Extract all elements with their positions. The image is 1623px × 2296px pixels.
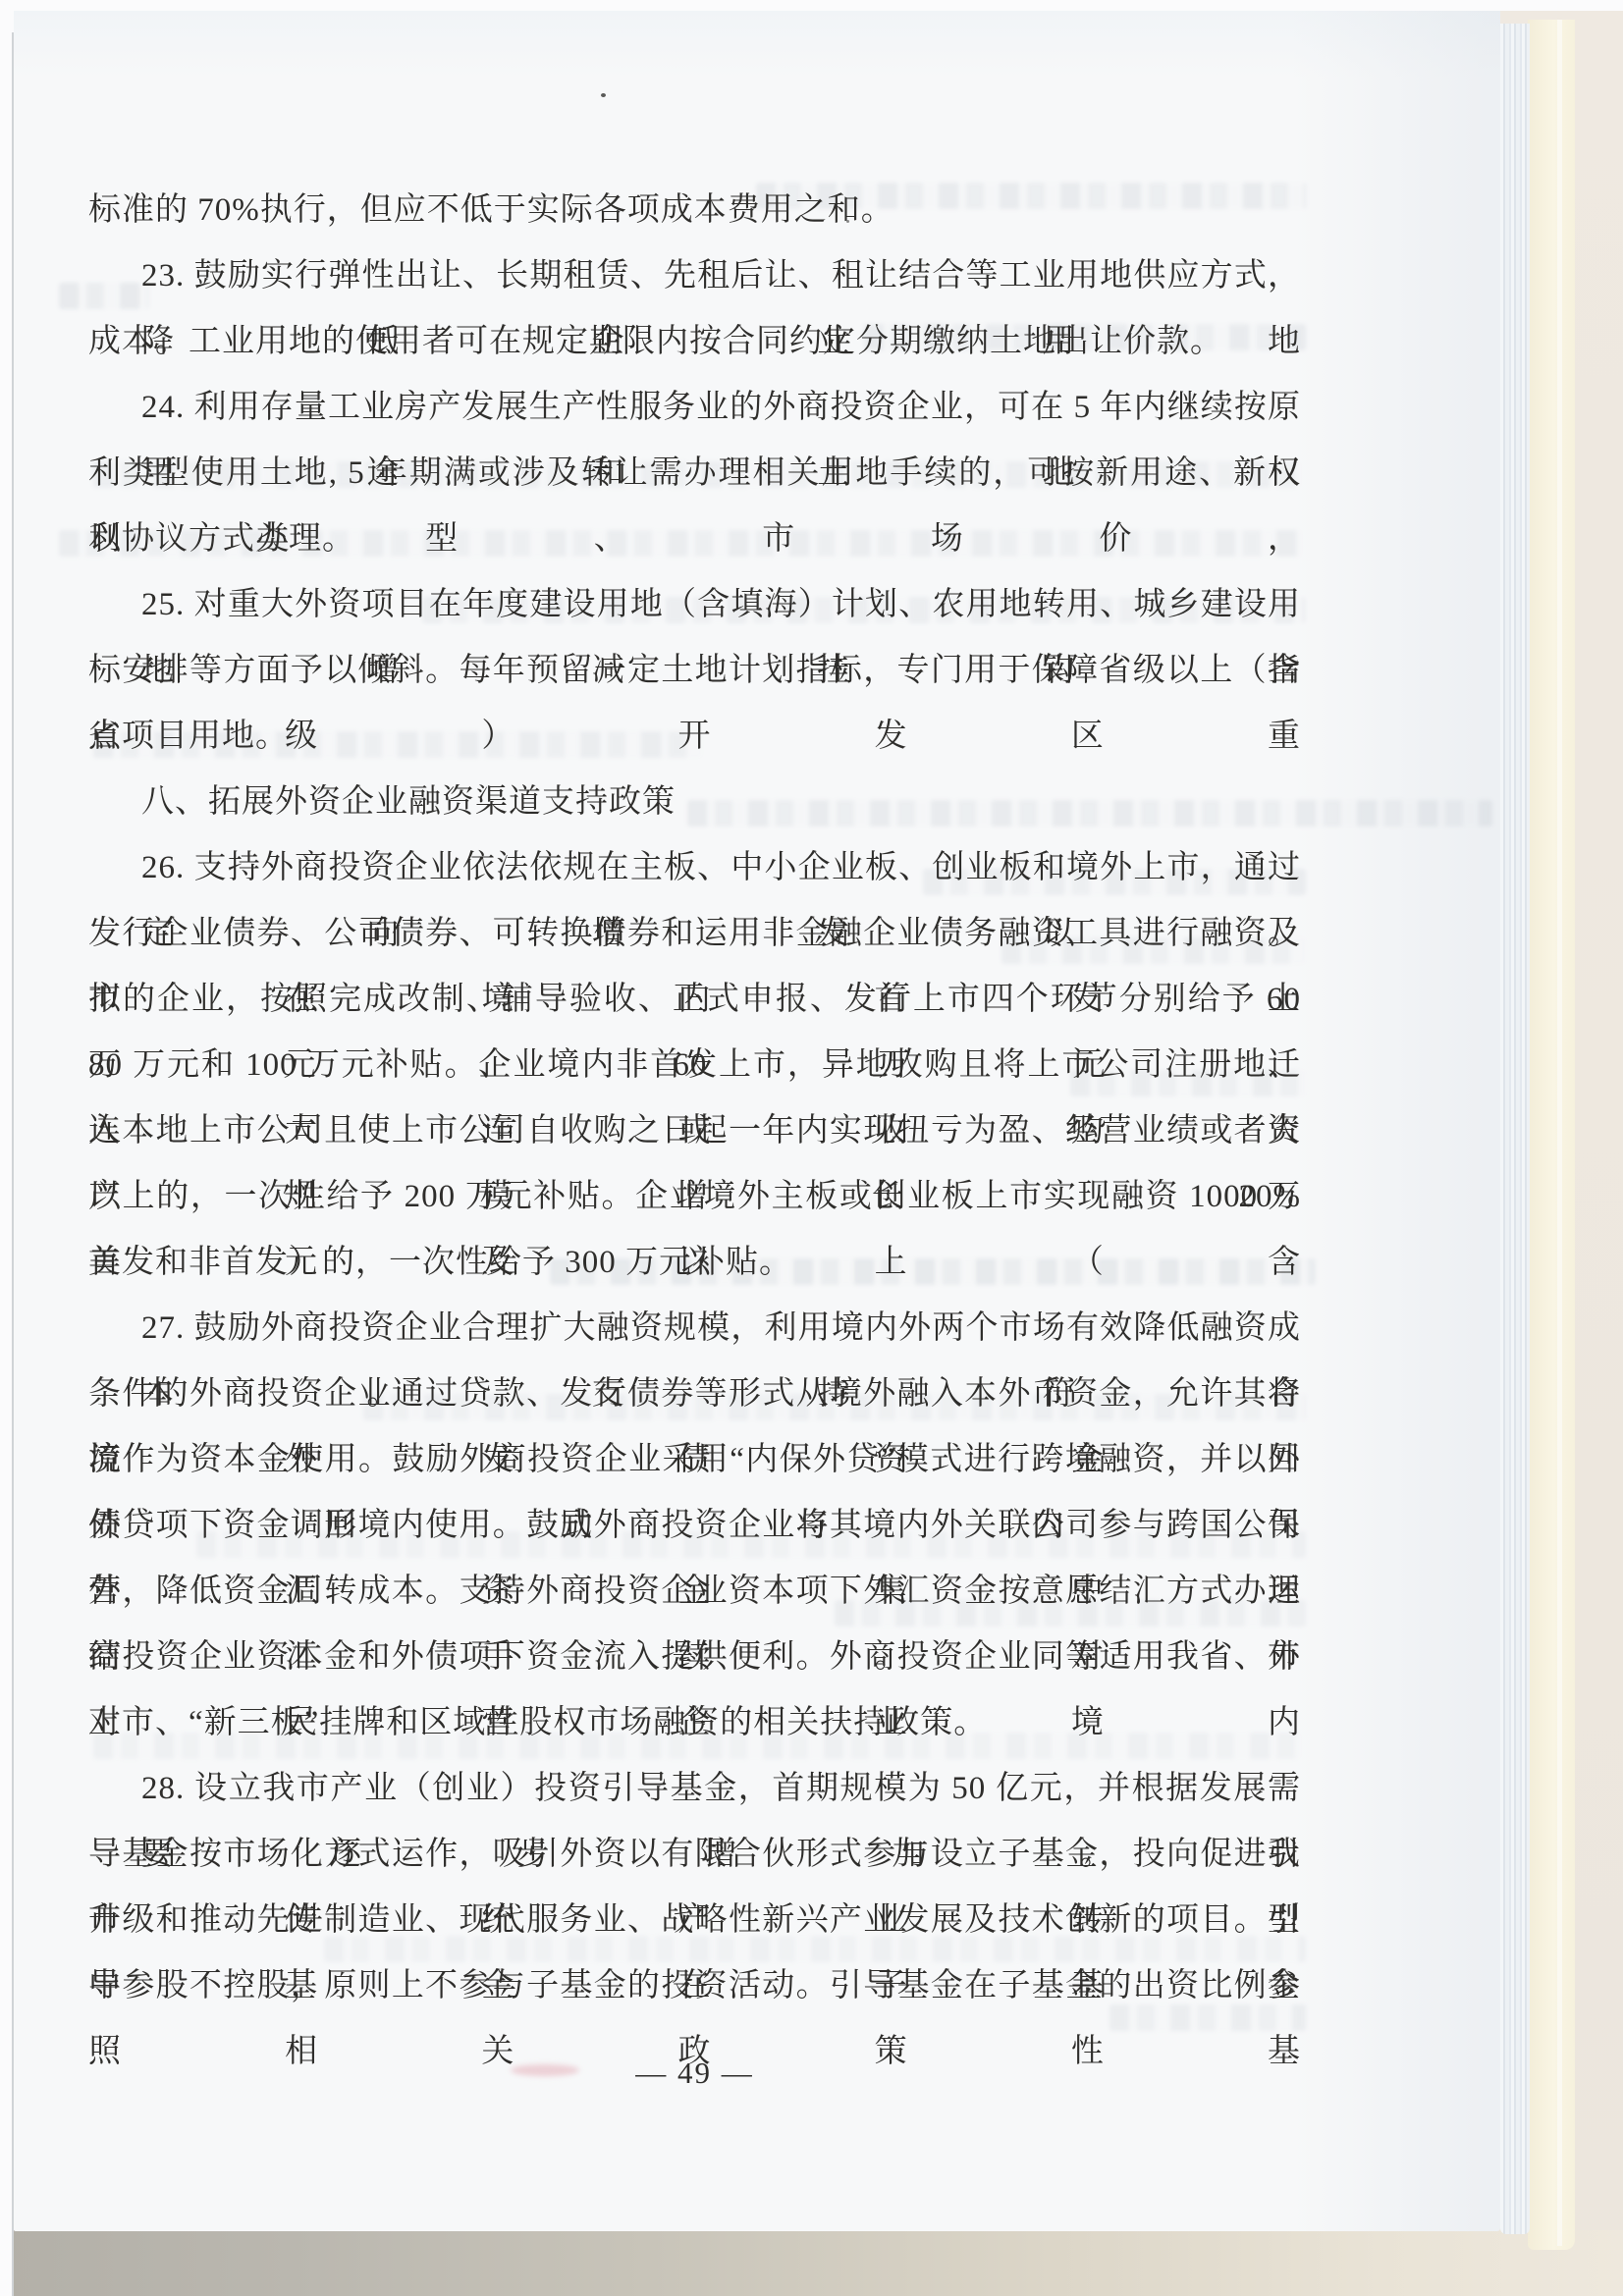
scanner-bed-shadow	[0, 2230, 1623, 2296]
section-heading: 八、拓展外资企业融资渠道支持政策	[88, 770, 1301, 835]
paragraph-line: 流作为资本金使用。鼓励外商投资企业采用“内保外贷”模式进行跨境融资，并以外债形式…	[88, 1427, 1301, 1493]
paragraph-line: 中参股不控股，原则上不参与子基金的投资活动。引导基金在子基金的出资比例参照相关政…	[88, 1953, 1301, 2019]
page-edge-highlight	[1557, 20, 1562, 2246]
scan-speck	[601, 93, 606, 97]
paragraph-line: 营，降低资金周转成本。支持外商投资企业资本项下外汇资金按意愿结汇方式办理结汇手续…	[88, 1559, 1301, 1625]
paragraph-line: 外贷项下资金调回境内使用。鼓励外商投资企业与其境内外关联公司参与跨国公司外汇资金…	[88, 1493, 1301, 1559]
paragraph-line: 商投资企业资本金和外债项下资金流入提供便利。外商投资企业同等适用我省、市对民营企…	[88, 1625, 1301, 1690]
stacked-page-edges	[1500, 24, 1530, 2234]
paragraph-line: 市的企业，按照完成改制、辅导验收、正式申报、发行上市四个环节分别给予 60 万元…	[88, 967, 1301, 1033]
paragraph-line: 28. 设立我市产业（创业）投资引导基金，首期规模为 50 亿元，并根据发展需要…	[88, 1756, 1301, 1822]
document-page: 标准的 70%执行，但应不低于实际各项成本费用之和。 23. 鼓励实行弹性出让、…	[14, 11, 1500, 2231]
paragraph-line: 升级和推动先进制造业、现代服务业、战略性新兴产业发展及技术创新的项目。引导基金在…	[88, 1888, 1301, 1953]
paragraph-line: 导基金按市场化方式运作，吸引外资以有限合伙形式参与设立子基金，投向促进我市传统产…	[88, 1822, 1301, 1888]
paragraph-line: 26. 支持外商投资企业依法依规在主板、中小企业板、创业板和境外上市，通过定向增…	[88, 835, 1301, 901]
page-edge-cream	[1528, 20, 1575, 2250]
paragraph-line: 24. 利用存量工业房产发展生产性服务业的外商投资企业，可在 5 年内继续按原用…	[88, 375, 1301, 441]
scan-smudge	[511, 2064, 579, 2076]
paragraph-line: 23. 鼓励实行弹性出让、长期租赁、先租后让、租让结合等工业用地供应方式，降低企…	[88, 243, 1301, 309]
paragraph-line: 25. 对重大外资项目在年度建设用地（含填海）计划、农用地转用、城乡建设用地增减…	[88, 572, 1301, 638]
text-block: 标准的 70%执行，但应不低于实际各项成本费用之和。 23. 鼓励实行弹性出让、…	[88, 178, 1301, 2019]
paragraph-line: 27. 鼓励外商投资企业合理扩大融资规模，利用境内外两个市场有效降低融资成本。支…	[88, 1296, 1301, 1362]
paragraph-line: 成本。工业用地的使用者可在规定期限内按合同约定分期缴纳土地出让价款。	[88, 309, 1301, 375]
paragraph-line: 利类型使用土地, 5 年期满或涉及转让需办理相关用地手续的，可按新用途、新权利类…	[88, 441, 1301, 507]
paragraph-line: 发行企业债券、公司债券、可转换债券和运用非金融企业债务融资工具进行融资。拟在境内…	[88, 901, 1301, 967]
page-number: — 49 —	[88, 2056, 1301, 2091]
paragraph-line: 以上的，一次性给予 200 万元补贴。企业境外主板或创业板上市实现融资 1000…	[88, 1164, 1301, 1230]
paragraph-line: 条件的外商投资企业通过贷款、发行债券等形式从境外融入本外币资金，允许其将境外发债…	[88, 1362, 1301, 1427]
scan-top-edge	[0, 0, 1623, 11]
paragraph-line: 80 万元和 100 万元补贴。企业境内非首发上市，异地收购且将上市公司注册地迁…	[88, 1033, 1301, 1098]
paragraph-line: 连本地上市公司且使上市公司自收购之日起一年内实现扭亏为盈、经营业绩或者资产规模增…	[88, 1098, 1301, 1164]
paragraph-line: 标安排等方面予以倾斜。每年预留一定土地计划指标，专门用于保障省级以上（含省级）开…	[88, 638, 1301, 704]
paragraph-line: 标准的 70%执行，但应不低于实际各项成本费用之和。	[88, 178, 1301, 243]
scan-speck	[846, 220, 849, 223]
